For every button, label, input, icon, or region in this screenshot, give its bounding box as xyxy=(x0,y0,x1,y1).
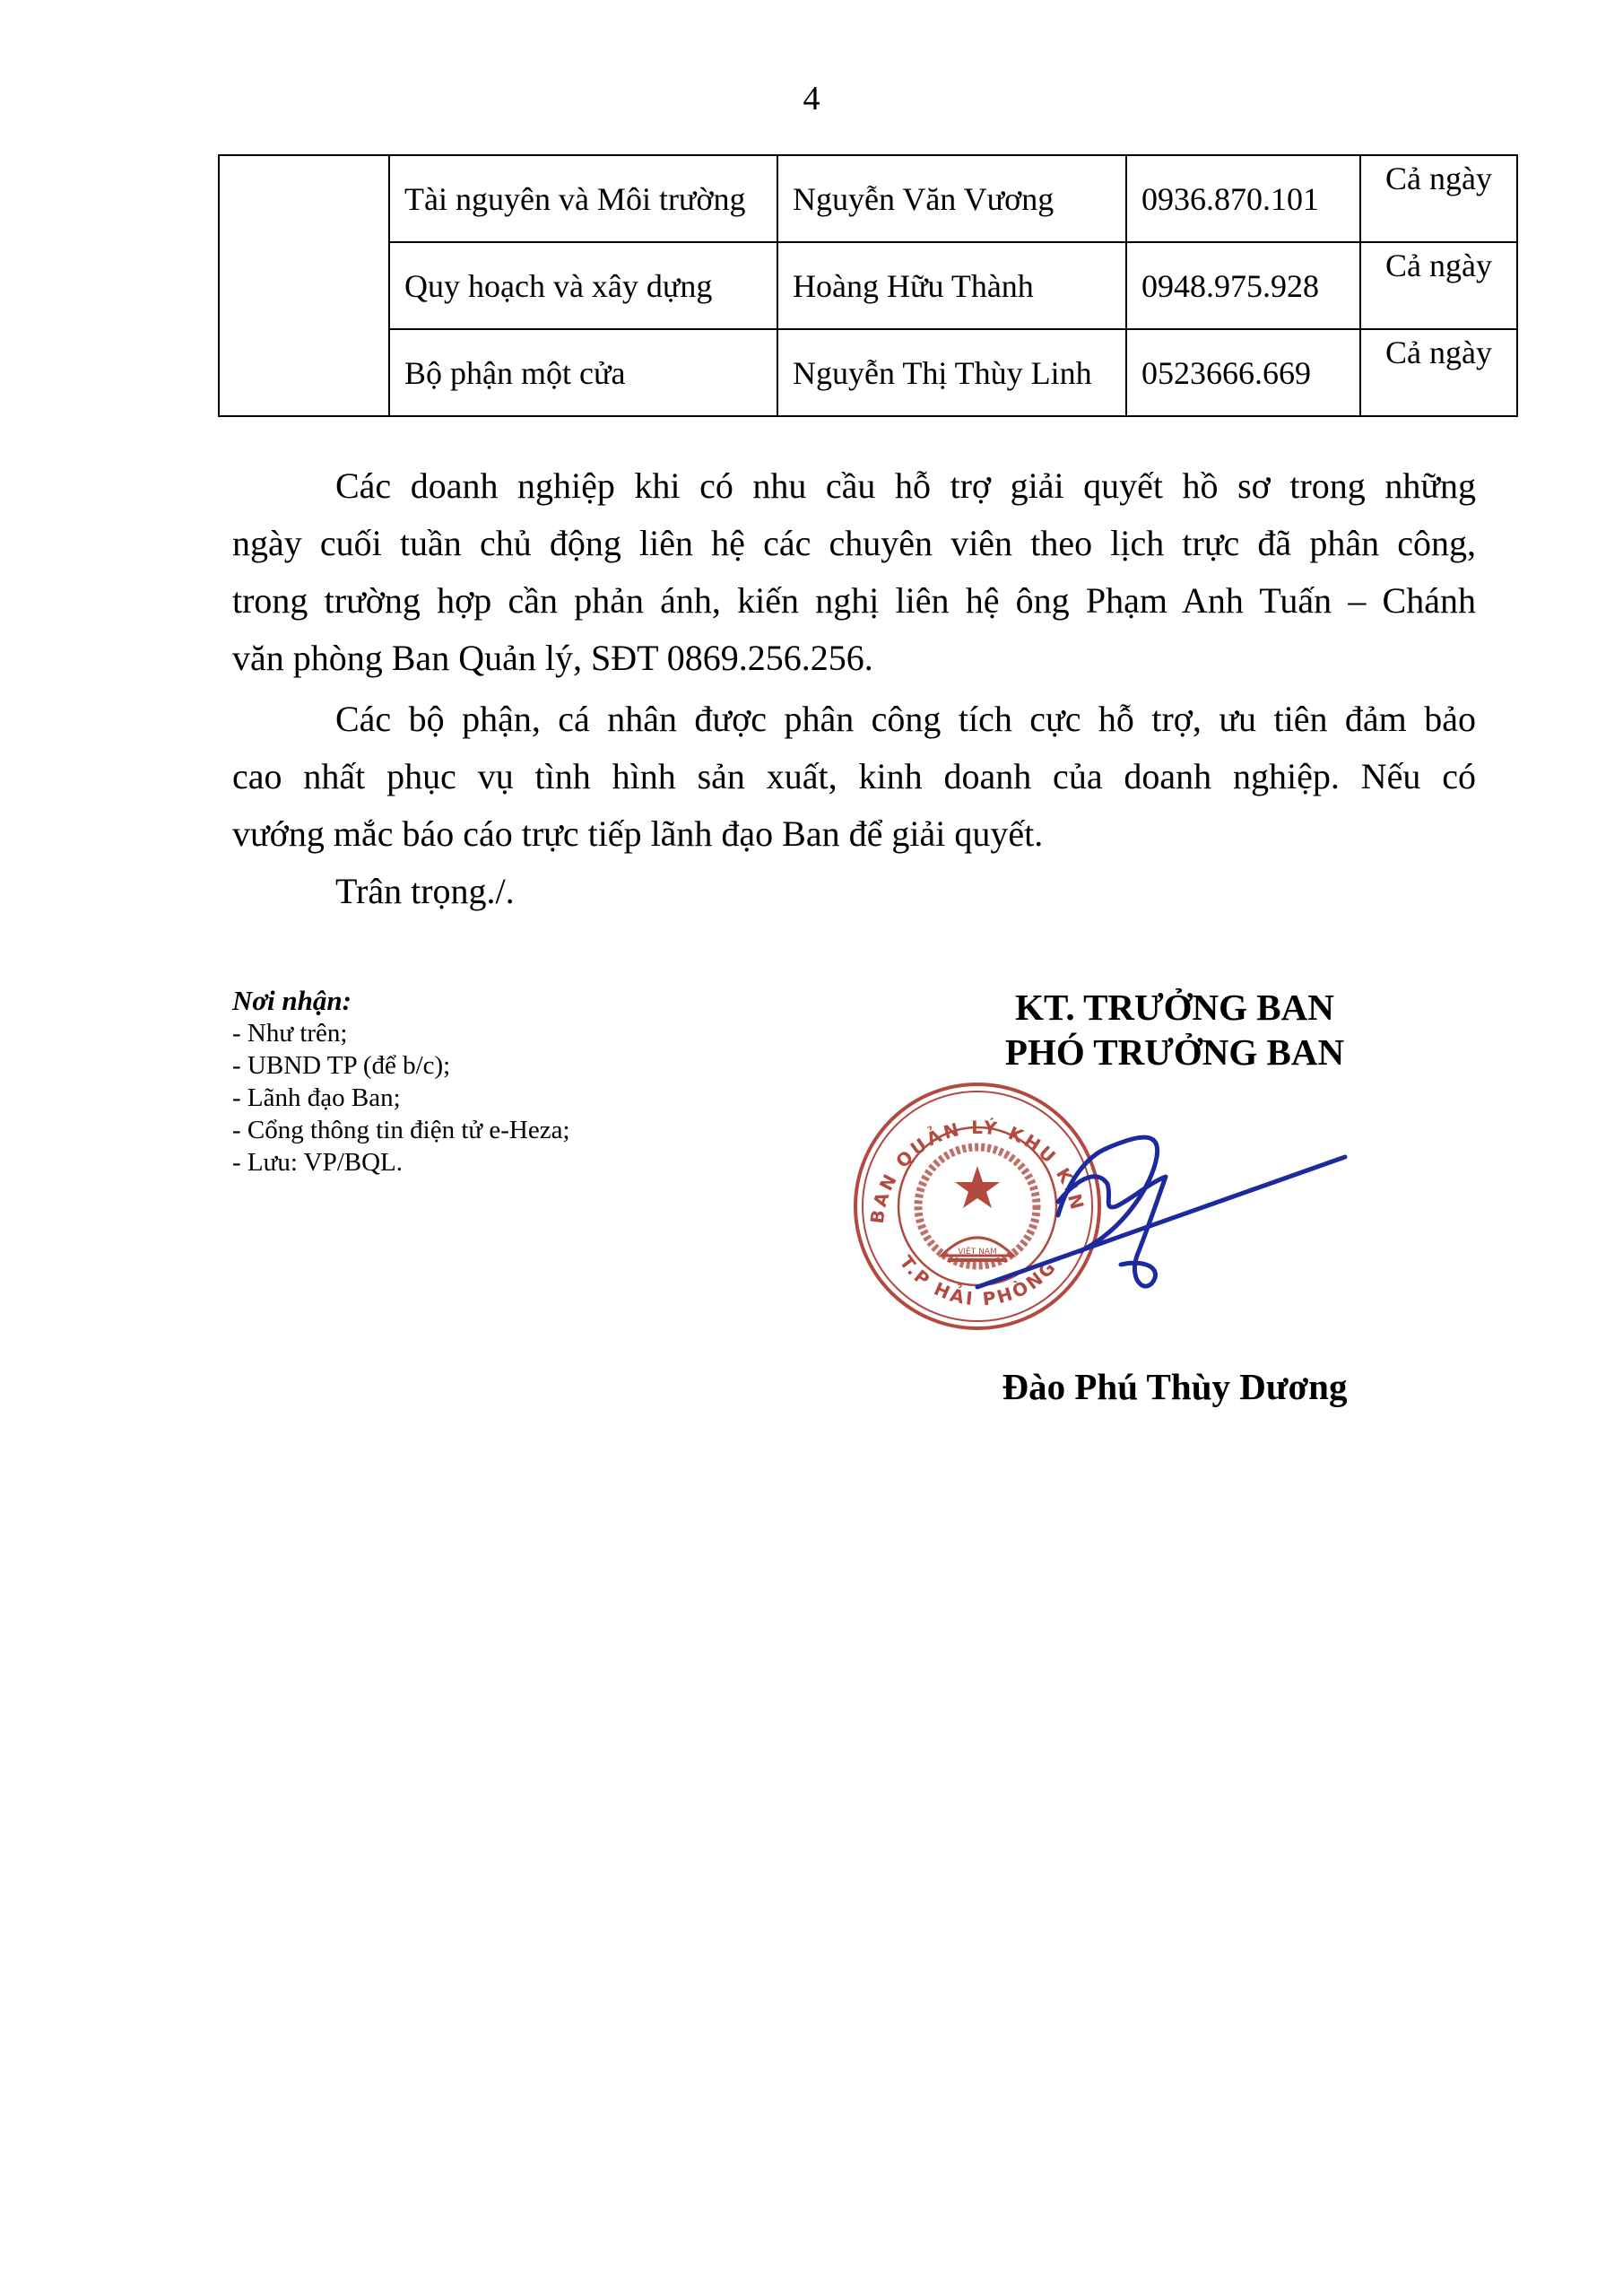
department-cell: Quy hoạch và xây dựng xyxy=(389,242,777,329)
shift-cell: Cả ngày xyxy=(1360,242,1517,329)
recipient-item: - Như trên; xyxy=(232,1017,570,1049)
recipients-title: Nơi nhận: xyxy=(232,985,570,1017)
paragraph-line: trong trường hợp cần phản ánh, kiến nghị… xyxy=(232,572,1476,630)
paragraph-line: văn phòng Ban Quản lý, SĐT 0869.256.256. xyxy=(232,630,1476,687)
paragraph-line: ngày cuối tuần chủ động liên hệ các chuy… xyxy=(232,515,1476,572)
table-row: Quy hoạch và xây dựng Hoàng Hữu Thành 09… xyxy=(219,242,1517,329)
signature-title-line1: KT. TRƯỞNG BAN xyxy=(933,985,1417,1030)
department-cell: Tài nguyên và Môi trường xyxy=(389,155,777,242)
recipient-item: - Lãnh đạo Ban; xyxy=(232,1082,570,1114)
paragraph-line: Các doanh nghiệp khi có nhu cầu hỗ trợ g… xyxy=(232,457,1476,515)
recipient-item: - UBND TP (để b/c); xyxy=(232,1049,570,1082)
signature-title-line2: PHÓ TRƯỞNG BAN xyxy=(933,1030,1417,1074)
paragraph-line: Các bộ phận, cá nhân được phân công tích… xyxy=(232,691,1476,748)
signature-title: KT. TRƯỞNG BAN PHÓ TRƯỞNG BAN xyxy=(933,985,1417,1074)
duty-roster-table: Tài nguyên và Môi trường Nguyễn Văn Vươn… xyxy=(218,154,1518,417)
table-row: Tài nguyên và Môi trường Nguyễn Văn Vươn… xyxy=(219,155,1517,242)
paragraph-line: vướng mắc báo cáo trực tiếp lãnh đạo Ban… xyxy=(232,805,1476,863)
staff-name-cell: Hoàng Hữu Thành xyxy=(777,242,1126,329)
signer-name: Đào Phú Thùy Dương xyxy=(933,1365,1417,1408)
paragraph-line: cao nhất phục vụ tình hình sản xuất, kin… xyxy=(232,748,1476,805)
staff-name-cell: Nguyễn Thị Thùy Linh xyxy=(777,329,1126,416)
table-row: Bộ phận một cửa Nguyễn Thị Thùy Linh 052… xyxy=(219,329,1517,416)
staff-name-cell: Nguyễn Văn Vương xyxy=(777,155,1126,242)
department-cell: Bộ phận một cửa xyxy=(389,329,777,416)
shift-cell: Cả ngày xyxy=(1360,329,1517,416)
recipient-item: - Lưu: VP/BQL. xyxy=(232,1146,570,1178)
group-cell xyxy=(219,155,389,416)
handwritten-signature-icon xyxy=(924,1103,1372,1318)
recipient-item: - Cổng thông tin điện tử e-Heza; xyxy=(232,1114,570,1146)
page-number: 4 xyxy=(0,79,1623,118)
body-paragraph-contact: Các doanh nghiệp khi có nhu cầu hỗ trợ g… xyxy=(232,457,1476,687)
phone-cell: 0948.975.928 xyxy=(1126,242,1360,329)
phone-cell: 0936.870.101 xyxy=(1126,155,1360,242)
recipients-block: Nơi nhận: - Như trên; - UBND TP (để b/c)… xyxy=(232,985,570,1178)
phone-cell: 0523666.669 xyxy=(1126,329,1360,416)
body-paragraph-instructions: Các bộ phận, cá nhân được phân công tích… xyxy=(232,691,1476,920)
shift-cell: Cả ngày xyxy=(1360,155,1517,242)
closing-line: Trân trọng./. xyxy=(232,863,1476,920)
